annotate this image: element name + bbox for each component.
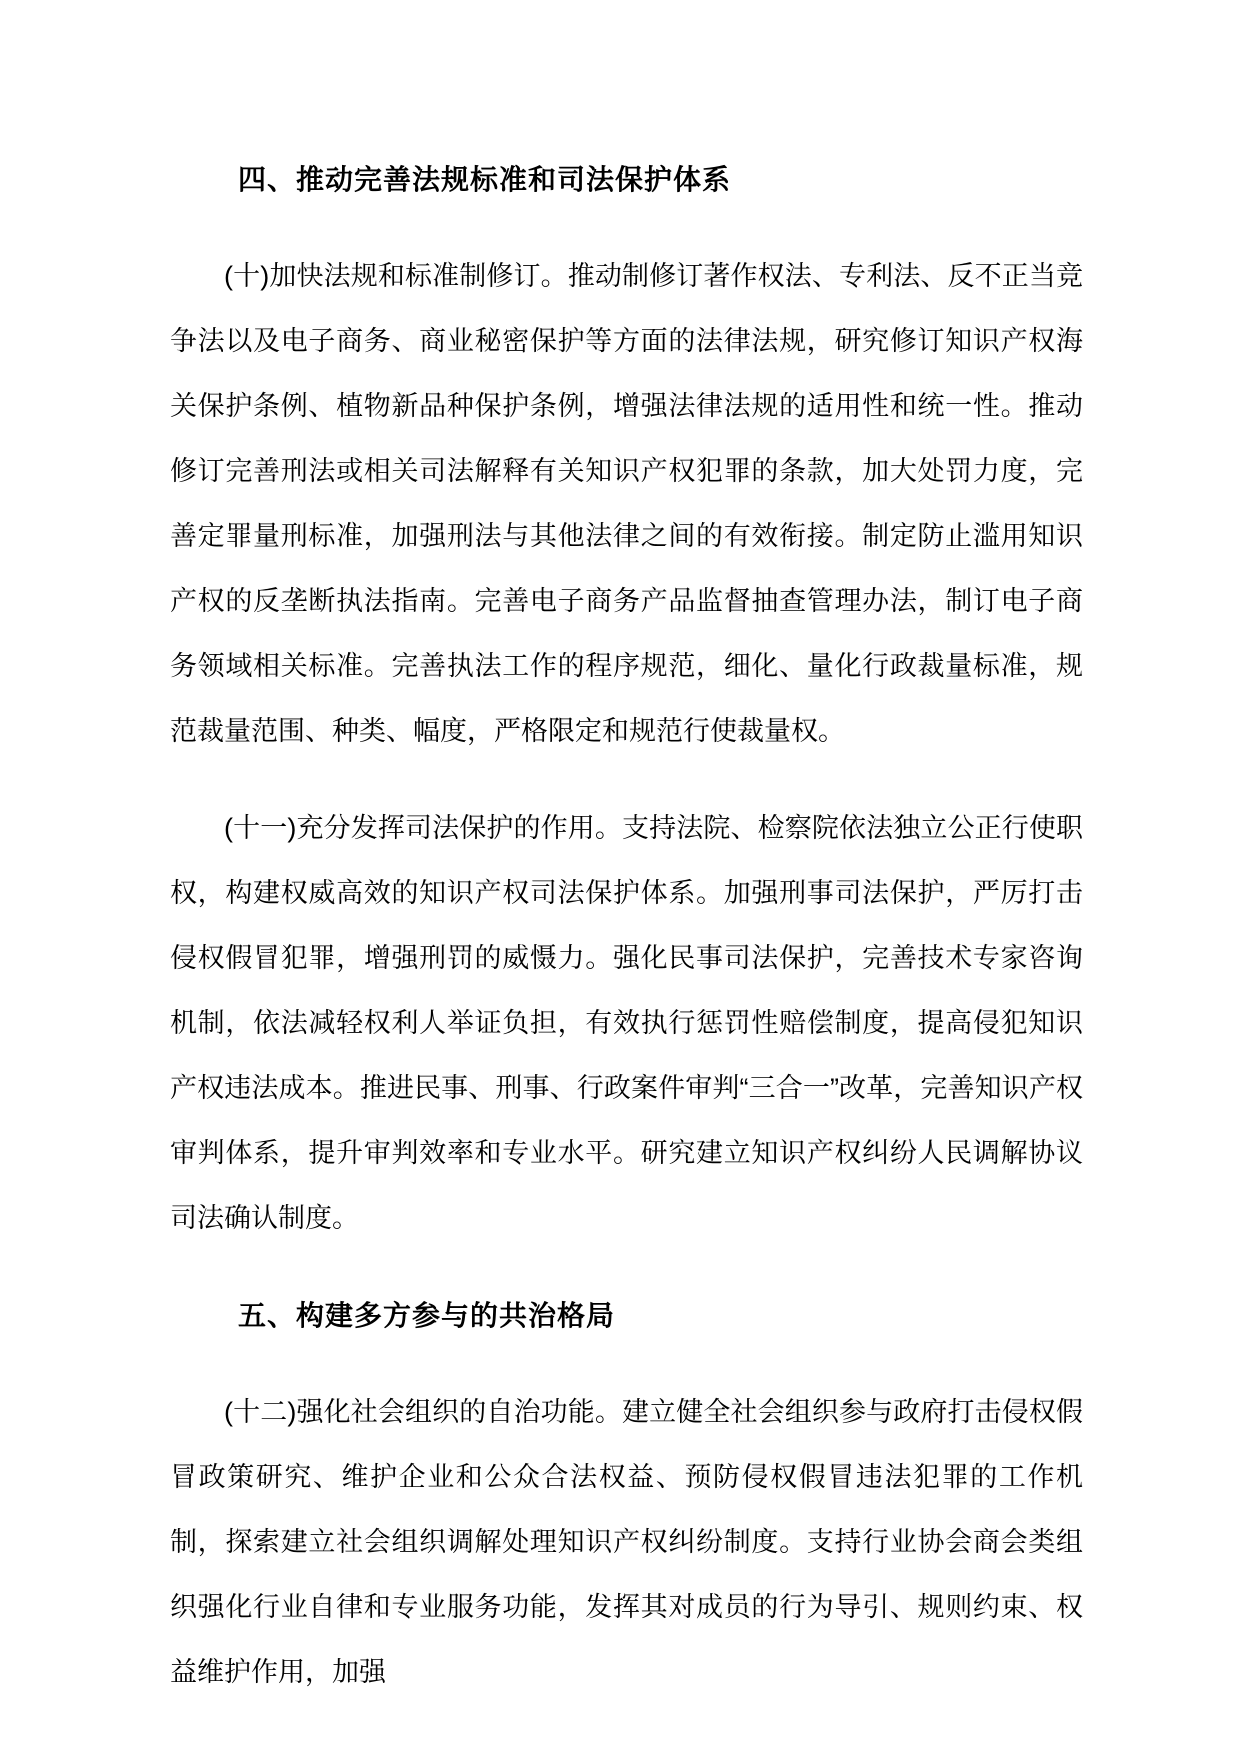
paragraph-item-ten: (十)加快法规和标准制修订。推动制修订著作权法、专利法、反不正当竞争法以及电子商… [170, 244, 1083, 764]
section-heading-four: 四、推动完善法规标准和司法保护体系 [170, 147, 1083, 212]
paragraph-item-eleven: (十一)充分发挥司法保护的作用。支持法院、检察院依法独立公正行使职权，构建权威高… [170, 796, 1083, 1251]
paragraph-item-twelve: (十二)强化社会组织的自治功能。建立健全社会组织参与政府打击侵权假冒政策研究、维… [170, 1380, 1083, 1705]
section-heading-five: 五、构建多方参与的共治格局 [170, 1283, 1083, 1348]
document-page: 四、推动完善法规标准和司法保护体系 (十)加快法规和标准制修订。推动制修订著作权… [0, 0, 1241, 1754]
